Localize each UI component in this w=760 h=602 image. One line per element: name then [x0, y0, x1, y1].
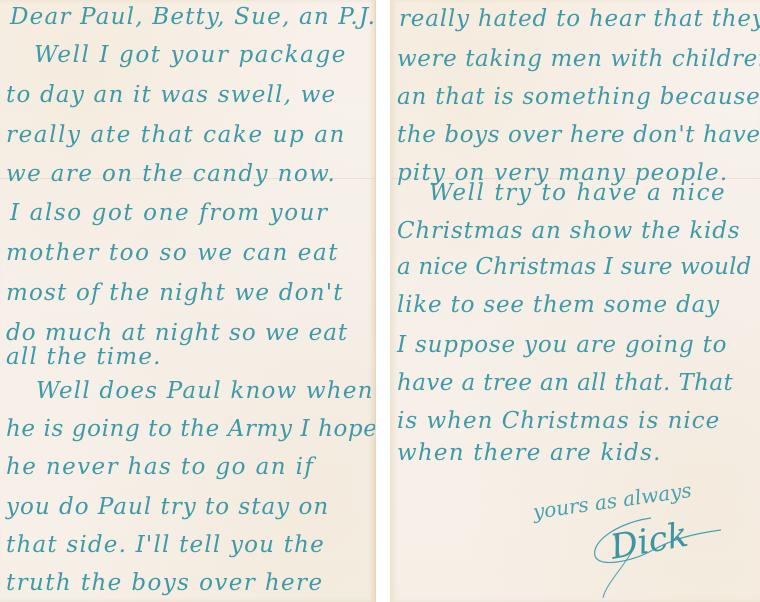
letter-line: that side. I'll tell you the: [6, 534, 325, 557]
letter-page-left: Dear Paul, Betty, Sue, an P.J. Well I go…: [0, 0, 376, 602]
letter-line: I suppose you are going to: [397, 334, 727, 357]
letter-line: truth the boys over here: [6, 572, 323, 595]
letter-line: do much at night so we eat: [6, 322, 348, 345]
letter-line: you do Paul try to stay on: [6, 496, 329, 519]
letter-line: an that is something because: [397, 86, 760, 109]
letter-line: really hated to hear that they: [399, 8, 760, 31]
letter-line: we are on the candy now.: [6, 163, 336, 186]
letter-line: have a tree an all that. That: [397, 372, 733, 395]
letter-line: to day an it was swell, we: [6, 84, 336, 107]
letter-line: like to see them some day: [397, 294, 720, 317]
letter-line: mother too so we can eat: [6, 242, 339, 265]
salutation: Dear Paul, Betty, Sue, an P.J.: [10, 6, 376, 29]
letter-line: a nice Christmas I sure would: [397, 256, 752, 279]
letter-page-right: really hated to hear that they were taki…: [390, 0, 760, 602]
letter-line: all the time.: [6, 346, 162, 369]
letter-line: when there are kids.: [397, 442, 662, 465]
letter-line: the boys over here don't have: [397, 124, 760, 147]
letter-line: most of the night we don't: [6, 282, 344, 305]
letter-line: were taking men with children: [397, 48, 760, 71]
letter-line: Well does Paul know when: [36, 380, 374, 403]
letter-line: Christmas an show the kids: [397, 220, 740, 243]
letter-line: is when Christmas is nice: [397, 410, 720, 433]
letter-line: really ate that cake up an: [6, 124, 346, 147]
letter-line: he is going to the Army I hope: [6, 418, 376, 441]
letter-line: Well try to have a nice: [429, 182, 726, 205]
letter-line: he never has to go an if: [6, 456, 314, 479]
letter-line: Well I got your package: [34, 44, 347, 67]
letter-line: I also got one from your: [10, 202, 329, 225]
